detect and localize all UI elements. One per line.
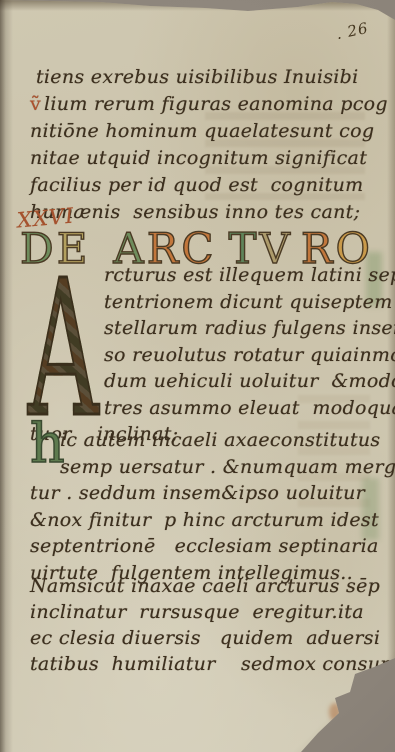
text-line: nitae utquid incognitum significat: [30, 145, 372, 172]
stain: [329, 703, 341, 721]
hic-autem-paragraph: h ic autem incaeli axaeconstitutus semp …: [30, 427, 372, 586]
decorated-initial-a: A: [30, 262, 104, 395]
initial-h: h: [30, 427, 60, 454]
folio-number: . 26: [335, 19, 371, 43]
text-line: ec clesia diuersis quidem aduersi: [30, 625, 372, 651]
text-line: septentrionē ecclesiam septinaria: [30, 533, 372, 560]
manuscript-photo: . 26 tiens exrebus uisibilibus Inuisibi …: [0, 0, 395, 752]
text-line: ṽlium rerum figuras eanomina pcog: [30, 91, 372, 118]
text-line: ic autem incaeli axaeconstitutus: [30, 427, 372, 454]
intro-paragraph: tiens exrebus uisibilibus Inuisibi ṽlium…: [30, 64, 372, 226]
text-line: semp uersatur . &numquam mergi: [30, 454, 372, 481]
text-line: tatibus humiliatur sedmox consur: [30, 651, 372, 677]
text-line: humænis sensibus inno tes cant;: [30, 199, 372, 226]
torn-top-edge-shadow: [0, 0, 395, 11]
gutter-shadow: [0, 0, 13, 752]
parchment-page: . 26 tiens exrebus uisibilibus Inuisibi …: [0, 0, 395, 752]
arcturus-paragraph: A rcturus est illequem latini sep tentri…: [30, 262, 372, 448]
rubric-correction-mark: ṽ: [30, 93, 41, 115]
text-line: tiens exrebus uisibilibus Inuisibi: [30, 64, 372, 91]
text-line: tur . seddum insem&ipso uoluitur: [30, 480, 372, 507]
text-line: nitiōne hominum quaelatesunt cog: [30, 118, 372, 145]
text-line: Namsicut inaxae caeli arcturus sēp: [30, 573, 372, 599]
initial-a-glyph: A: [28, 262, 99, 437]
text-line: inclinatur rursusque eregitur.ita: [30, 599, 372, 625]
text-line: &nox finitur p hinc arcturum idest: [30, 507, 372, 534]
nam-sicut-paragraph: Namsicut inaxae caeli arcturus sēp incli…: [30, 573, 372, 677]
text-line: facilius per id quod est cognitum: [30, 172, 372, 199]
text-line-body: lium rerum figuras eanomina pcog: [44, 93, 388, 115]
